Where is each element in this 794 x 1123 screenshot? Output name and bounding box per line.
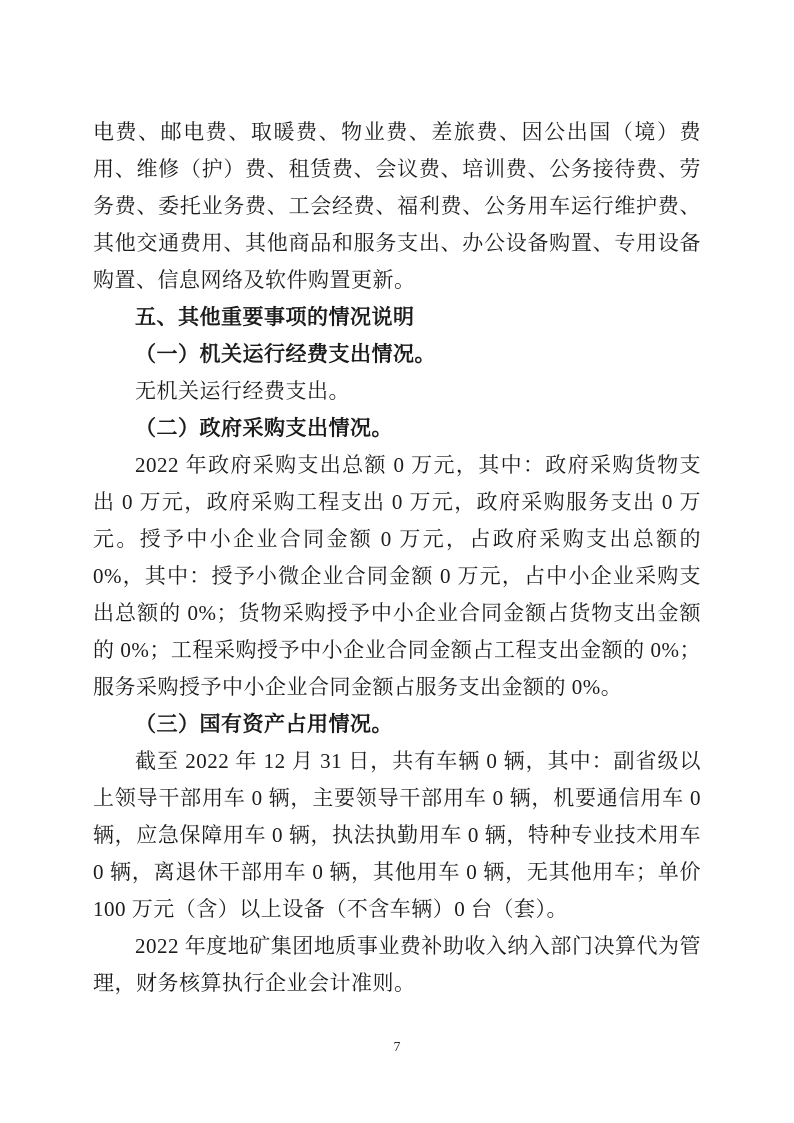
document-page: 电费、邮电费、取暖费、物业费、差旅费、因公出国（境）费用、维修（护）费、租赁费、… xyxy=(0,0,794,1123)
subsection-heading-agency-operating-expenses: （一）机关运行经费支出情况。 xyxy=(93,336,701,373)
page-number: 7 xyxy=(394,1040,401,1055)
expense-categories-continuation-paragraph: 电费、邮电费、取暖费、物业费、差旅费、因公出国（境）费用、维修（护）费、租赁费、… xyxy=(93,114,701,299)
page-footer: 7 xyxy=(0,1038,794,1057)
subsidy-accounting-note-paragraph: 2022 年度地矿集团地质事业费补助收入纳入部门决算代为管理，财务核算执行企业会… xyxy=(93,928,701,1002)
state-owned-assets-paragraph: 截至 2022 年 12 月 31 日，共有车辆 0 辆，其中：副省级以上领导干… xyxy=(93,743,701,928)
government-procurement-paragraph: 2022 年政府采购支出总额 0 万元，其中：政府采购货物支出 0 万元，政府采… xyxy=(93,447,701,706)
document-body: 电费、邮电费、取暖费、物业费、差旅费、因公出国（境）费用、维修（护）费、租赁费、… xyxy=(93,114,701,1002)
subsection-heading-state-owned-assets: （三）国有资产占用情况。 xyxy=(93,706,701,743)
agency-operating-expenses-paragraph: 无机关运行经费支出。 xyxy=(93,373,701,410)
section-heading-other-important-matters: 五、其他重要事项的情况说明 xyxy=(93,299,701,336)
subsection-heading-government-procurement: （二）政府采购支出情况。 xyxy=(93,410,701,447)
